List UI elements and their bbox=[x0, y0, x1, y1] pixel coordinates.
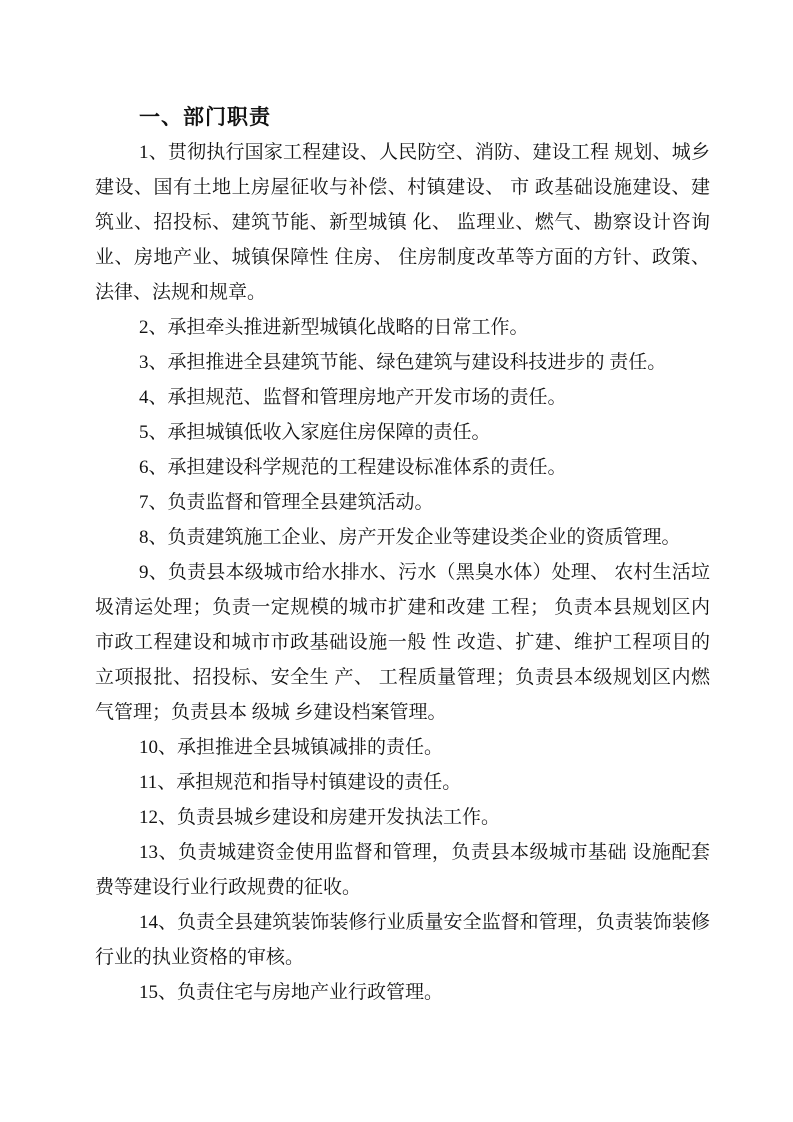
document-line: 费等建设行业行政规费的征收。 bbox=[95, 870, 710, 905]
document-line: 8、负责建筑施工企业、房产开发企业等建设类企业的资质管理。 bbox=[95, 520, 710, 555]
responsibility-item-9: 9、负责县本级城市给水排水、污水（黑臭水体）处理、 农村生活垃 圾清运处理；负责… bbox=[95, 555, 710, 730]
responsibility-item-2: 2、承担牵头推进新型城镇化战略的日常工作。 bbox=[95, 310, 710, 345]
section-heading: 一、部门职责 bbox=[95, 100, 710, 135]
document-line: 行业的执业资格的审核。 bbox=[95, 940, 710, 975]
document-line: 2、承担牵头推进新型城镇化战略的日常工作。 bbox=[95, 310, 710, 345]
document-line: 7、负责监督和管理全县建筑活动。 bbox=[95, 485, 710, 520]
document-line: 1、贯彻执行国家工程建设、人民防空、消防、建设工程 规划、城乡 bbox=[95, 135, 710, 170]
document-line: 建设、国有土地上房屋征收与补偿、村镇建设、 市 政基础设施建设、建 bbox=[95, 170, 710, 205]
responsibility-item-8: 8、负责建筑施工企业、房产开发企业等建设类企业的资质管理。 bbox=[95, 520, 710, 555]
document-line: 14、负责全县建筑装饰装修行业质量安全监督和管理，负责装饰装修 bbox=[95, 905, 710, 940]
document-line: 12、负责县城乡建设和房建开发执法工作。 bbox=[95, 800, 710, 835]
responsibility-item-13: 13、负责城建资金使用监督和管理，负责县本级城市基础 设施配套 费等建设行业行政… bbox=[95, 835, 710, 905]
document-line: 11、承担规范和指导村镇建设的责任。 bbox=[95, 765, 710, 800]
document-line: 立项报批、招投标、安全生 产、 工程质量管理；负责县本级规划区内燃 bbox=[95, 660, 710, 695]
document-line: 10、承担推进全县城镇减排的责任。 bbox=[95, 730, 710, 765]
document-line: 15、负责住宅与房地产业行政管理。 bbox=[95, 975, 710, 1010]
document-line: 业、房地产业、城镇保障性 住房、 住房制度改革等方面的方针、政策、 bbox=[95, 240, 710, 275]
responsibility-item-4: 4、承担规范、监督和管理房地产开发市场的责任。 bbox=[95, 380, 710, 415]
document-line: 法律、法规和规章。 bbox=[95, 275, 710, 310]
responsibility-item-14: 14、负责全县建筑装饰装修行业质量安全监督和管理，负责装饰装修 行业的执业资格的… bbox=[95, 905, 710, 975]
document-line: 6、承担建设科学规范的工程建设标准体系的责任。 bbox=[95, 450, 710, 485]
document-line: 13、负责城建资金使用监督和管理，负责县本级城市基础 设施配套 bbox=[95, 835, 710, 870]
document-page: 一、部门职责 1、贯彻执行国家工程建设、人民防空、消防、建设工程 规划、城乡 建… bbox=[0, 0, 793, 1122]
responsibility-item-6: 6、承担建设科学规范的工程建设标准体系的责任。 bbox=[95, 450, 710, 485]
responsibility-item-10: 10、承担推进全县城镇减排的责任。 bbox=[95, 730, 710, 765]
document-line: 4、承担规范、监督和管理房地产开发市场的责任。 bbox=[95, 380, 710, 415]
document-line: 5、承担城镇低收入家庭住房保障的责任。 bbox=[95, 415, 710, 450]
responsibility-item-12: 12、负责县城乡建设和房建开发执法工作。 bbox=[95, 800, 710, 835]
document-line: 圾清运处理；负责一定规模的城市扩建和改建 工程； 负责本县规划区内 bbox=[95, 590, 710, 625]
document-line: 3、承担推进全县建筑节能、绿色建筑与建设科技进步的 责任。 bbox=[95, 345, 710, 380]
responsibility-item-1: 1、贯彻执行国家工程建设、人民防空、消防、建设工程 规划、城乡 建设、国有土地上… bbox=[95, 135, 710, 310]
responsibility-item-3: 3、承担推进全县建筑节能、绿色建筑与建设科技进步的 责任。 bbox=[95, 345, 710, 380]
document-line: 筑业、招投标、建筑节能、新型城镇 化、 监理业、燃气、勘察设计咨询 bbox=[95, 205, 710, 240]
document-line: 市政工程建设和城市市政基础设施一般 性 改造、扩建、维护工程项目的 bbox=[95, 625, 710, 660]
document-line: 气管理；负责县本 级城 乡建设档案管理。 bbox=[95, 695, 710, 730]
responsibility-item-7: 7、负责监督和管理全县建筑活动。 bbox=[95, 485, 710, 520]
responsibility-item-15: 15、负责住宅与房地产业行政管理。 bbox=[95, 975, 710, 1010]
responsibility-item-11: 11、承担规范和指导村镇建设的责任。 bbox=[95, 765, 710, 800]
responsibility-item-5: 5、承担城镇低收入家庭住房保障的责任。 bbox=[95, 415, 710, 450]
document-line: 9、负责县本级城市给水排水、污水（黑臭水体）处理、 农村生活垃 bbox=[95, 555, 710, 590]
